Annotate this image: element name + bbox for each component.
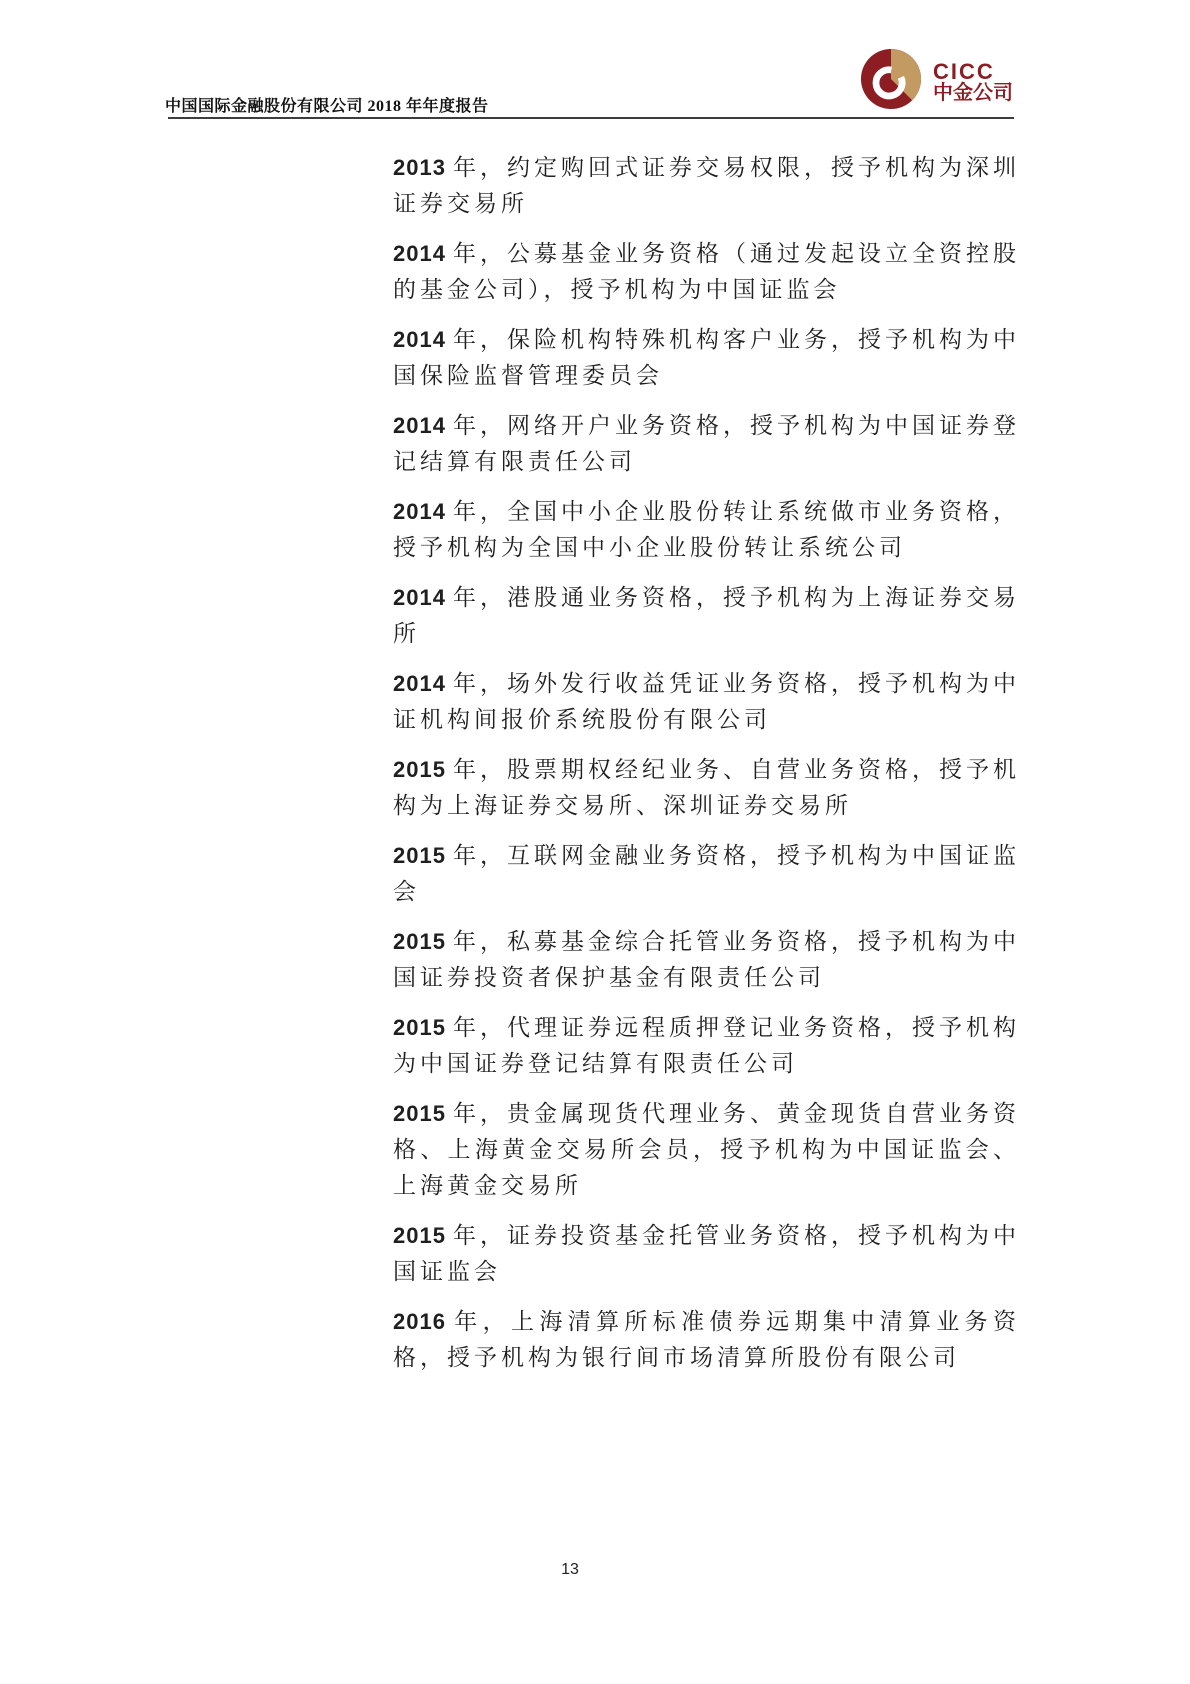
year-label: 2015 xyxy=(393,929,446,954)
year-label: 2015 xyxy=(393,1101,446,1126)
qualification-item: 2014年，网络开户业务资格，授予机构为中国证券登记结算有限责任公司 xyxy=(393,408,1020,480)
qualification-text: 年，港股通业务资格，授予机构为上海证券交易所 xyxy=(393,585,1020,646)
qualification-text: 年，公募基金业务资格（通过发起设立全资控股的基金公司），授予机构为中国证监会 xyxy=(393,241,1020,302)
year-label: 2015 xyxy=(393,1223,446,1248)
qualification-item: 2015年，代理证券远程质押登记业务资格，授予机构为中国证券登记结算有限责任公司 xyxy=(393,1010,1020,1082)
qualification-item: 2014年，港股通业务资格，授予机构为上海证券交易所 xyxy=(393,580,1020,652)
qualification-item: 2014年，场外发行收益凭证业务资格，授予机构为中证机构间报价系统股份有限公司 xyxy=(393,666,1020,738)
qualification-text: 年，证券投资基金托管业务资格，授予机构为中国证监会 xyxy=(393,1223,1020,1284)
qualification-text: 年，上海清算所标准债券远期集中清算业务资格，授予机构为银行间市场清算所股份有限公… xyxy=(393,1309,1020,1370)
year-label: 2014 xyxy=(393,671,446,696)
qualification-item: 2014年，全国中小企业股份转让系统做市业务资格，授予机构为全国中小企业股份转让… xyxy=(393,494,1020,566)
qualification-text: 年，股票期权经纪业务、自营业务资格，授予机构为上海证券交易所、深圳证券交易所 xyxy=(393,757,1020,818)
year-label: 2014 xyxy=(393,499,446,524)
year-label: 2015 xyxy=(393,757,446,782)
year-label: 2014 xyxy=(393,413,446,438)
qualification-item: 2015年，证券投资基金托管业务资格，授予机构为中国证监会 xyxy=(393,1218,1020,1290)
page-number: 13 xyxy=(0,1561,1140,1579)
year-label: 2014 xyxy=(393,241,446,266)
qualification-item: 2015年，贵金属现货代理业务、黄金现货自营业务资格、上海黄金交易所会员，授予机… xyxy=(393,1096,1020,1204)
qualification-item: 2014年，保险机构特殊机构客户业务，授予机构为中国保险监督管理委员会 xyxy=(393,322,1020,394)
report-page: 中国国际金融股份有限公司 2018 年年度报告 CICC 中金公司 2013年，… xyxy=(0,0,1190,1684)
year-label: 2014 xyxy=(393,327,446,352)
year-label: 2016 xyxy=(393,1309,446,1334)
qualification-list: 2013年，约定购回式证券交易权限，授予机构为深圳证券交易所 2014年，公募基… xyxy=(393,150,1020,1390)
qualification-item: 2016年，上海清算所标准债券远期集中清算业务资格，授予机构为银行间市场清算所股… xyxy=(393,1304,1020,1376)
qualification-item: 2015年，私募基金综合托管业务资格，授予机构为中国证券投资者保护基金有限责任公… xyxy=(393,924,1020,996)
cicc-logo-icon xyxy=(860,48,922,110)
qualification-text: 年，贵金属现货代理业务、黄金现货自营业务资格、上海黄金交易所会员，授予机构为中国… xyxy=(393,1101,1020,1198)
report-header-title: 中国国际金融股份有限公司 2018 年年度报告 xyxy=(165,93,489,116)
qualification-item: 2015年，互联网金融业务资格，授予机构为中国证监会 xyxy=(393,838,1020,910)
year-label: 2015 xyxy=(393,843,446,868)
qualification-text: 年，网络开户业务资格，授予机构为中国证券登记结算有限责任公司 xyxy=(393,413,1020,474)
qualification-text: 年，私募基金综合托管业务资格，授予机构为中国证券投资者保护基金有限责任公司 xyxy=(393,929,1020,990)
qualification-text: 年，互联网金融业务资格，授予机构为中国证监会 xyxy=(393,843,1020,904)
qualification-text: 年，代理证券远程质押登记业务资格，授予机构为中国证券登记结算有限责任公司 xyxy=(393,1015,1020,1076)
qualification-text: 年，全国中小企业股份转让系统做市业务资格，授予机构为全国中小企业股份转让系统公司 xyxy=(393,499,1020,560)
qualification-text: 年，保险机构特殊机构客户业务，授予机构为中国保险监督管理委员会 xyxy=(393,327,1020,388)
cicc-logo-chinese: 中金公司 xyxy=(933,82,1013,104)
year-label: 2013 xyxy=(393,155,446,180)
cicc-logo-text: CICC 中金公司 xyxy=(933,48,1013,104)
qualification-text: 年，场外发行收益凭证业务资格，授予机构为中证机构间报价系统股份有限公司 xyxy=(393,671,1020,732)
year-label: 2015 xyxy=(393,1015,446,1040)
header-divider xyxy=(168,117,1014,119)
cicc-logo-latin: CICC xyxy=(933,62,1013,82)
cicc-logo: CICC 中金公司 xyxy=(860,48,1013,110)
year-label: 2014 xyxy=(393,585,446,610)
qualification-item: 2014年，公募基金业务资格（通过发起设立全资控股的基金公司），授予机构为中国证… xyxy=(393,236,1020,308)
qualification-text: 年，约定购回式证券交易权限，授予机构为深圳证券交易所 xyxy=(393,155,1020,216)
qualification-item: 2015年，股票期权经纪业务、自营业务资格，授予机构为上海证券交易所、深圳证券交… xyxy=(393,752,1020,824)
qualification-item: 2013年，约定购回式证券交易权限，授予机构为深圳证券交易所 xyxy=(393,150,1020,222)
